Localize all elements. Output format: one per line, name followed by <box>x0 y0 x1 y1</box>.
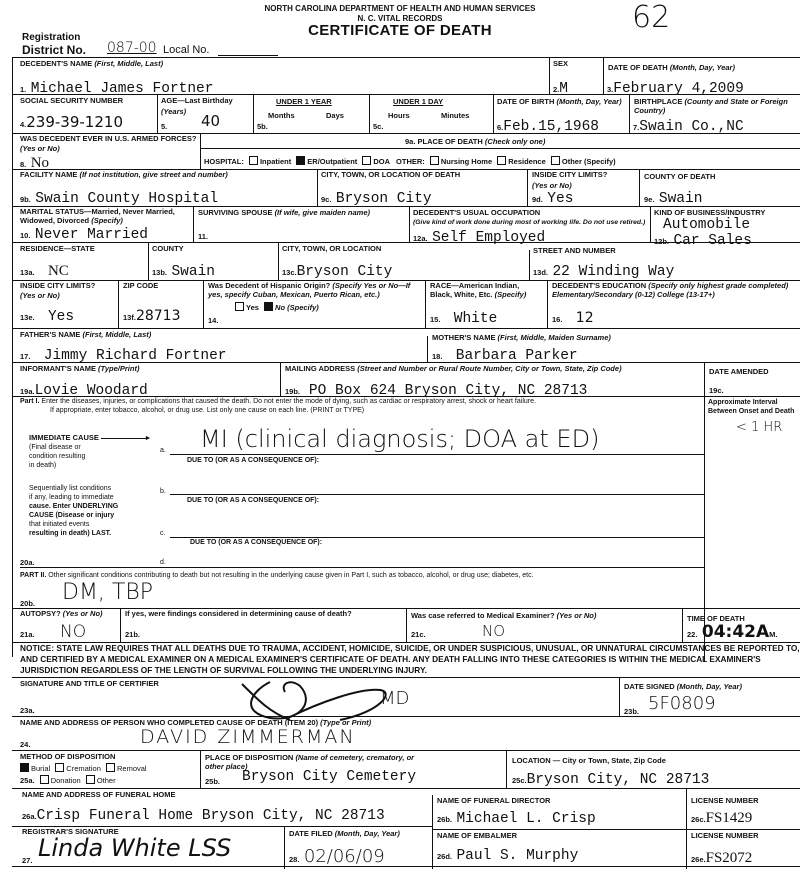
birthplace-label: BIRTHPLACE (County and State or Foreign … <box>634 97 794 115</box>
embalmer-license-field[interactable]: 26e.FS2072 <box>691 849 752 867</box>
registrar-signature[interactable]: Linda White LSS <box>38 834 231 862</box>
residence-state-label: RESIDENCE—STATE <box>20 244 95 253</box>
inside-limits-label: INSIDE CITY LIMITS? <box>20 281 95 290</box>
certifier-signature-label: SIGNATURE AND TITLE OF CERTIFIER <box>20 679 159 688</box>
dob-label: DATE OF BIRTH (Month, Day, Year) <box>497 97 622 106</box>
zip-field[interactable]: 13f.28713 <box>123 307 180 325</box>
part2-instructions: PART II. Other significant conditions co… <box>20 571 534 580</box>
marital-status-field[interactable]: 10. Never Married <box>20 225 148 243</box>
mailing-address-label: MAILING ADDRESS (Street and Number or Ru… <box>285 364 622 373</box>
disposition-method-label: METHOD OF DISPOSITION <box>20 752 115 761</box>
date-signed-label: DATE SIGNED (Month, Day, Year) <box>624 682 742 691</box>
funeral-director-field[interactable]: 26b. Michael L. Crisp <box>437 809 596 827</box>
informant-label: INFORMANT'S NAME (Type/Print) <box>20 364 139 373</box>
local-label: Local No. <box>163 44 209 56</box>
cause-line-d[interactable] <box>20 567 704 568</box>
district-label: District No. <box>22 43 86 57</box>
sex-label: SEX <box>553 59 568 68</box>
checkbox-other-disposition[interactable]: Other <box>83 776 116 785</box>
date-amended-label: DATE AMENDED <box>709 367 769 376</box>
checkbox-nursing-home[interactable]: Nursing Home <box>427 157 492 166</box>
street-label: STREET AND NUMBER <box>533 246 616 255</box>
part2-conditions-field[interactable]: DM, TBP <box>62 580 153 605</box>
spouse-field[interactable]: 11. <box>198 232 208 241</box>
marital-label: MARITAL STATUS—Married, Never Married, W… <box>20 207 190 225</box>
under-1-day-field[interactable]: 5c. <box>373 122 383 131</box>
death-city-field[interactable]: 9c. Bryson City <box>321 189 432 207</box>
completer-name-field[interactable]: DAVID ZIMMERMAN <box>140 726 356 748</box>
funeral-director-label: NAME OF FUNERAL DIRECTOR <box>437 796 550 805</box>
facility-field[interactable]: 9b. Swain County Hospital <box>20 189 218 207</box>
findings-field[interactable]: 21b. <box>125 630 140 639</box>
race-field[interactable]: 15. White <box>430 309 497 327</box>
residence-city-label: CITY, TOWN, OR LOCATION <box>282 244 381 253</box>
hispanic-label: Was Decedent of Hispanic Origin? (Specif… <box>208 281 413 299</box>
disposition-place-field[interactable]: Bryson City Cemetery <box>242 770 416 785</box>
checkbox-er-outpatient[interactable]: ER/Outpatient <box>293 157 357 166</box>
license-label-2: LICENSE NUMBER <box>691 831 759 840</box>
checkbox-burial[interactable]: Burial <box>17 764 50 773</box>
agency-name: NORTH CAROLINA DEPARTMENT OF HEALTH AND … <box>0 4 800 13</box>
residence-county-label: COUNTY <box>152 244 184 253</box>
date-signed-field[interactable]: 5F0809 <box>648 693 716 714</box>
under-1-year-label: UNDER 1 YEAR <box>276 97 332 106</box>
disposition-options-row1: Burial Cremation Removal <box>17 763 147 773</box>
embalmer-label: NAME OF EMBALMER <box>437 831 517 840</box>
checkbox-residence[interactable]: Residence <box>494 157 546 166</box>
father-label: FATHER'S NAME (First, Middle, Last) <box>20 330 151 339</box>
interval-field[interactable]: < 1 HR <box>736 420 782 435</box>
under-1-year-field[interactable]: 5b. <box>257 122 268 131</box>
cause-line-b[interactable] <box>170 494 704 495</box>
checkbox-hispanic-yes[interactable]: Yes <box>232 303 259 312</box>
page-mark: 62 <box>632 0 670 35</box>
autopsy-label: AUTOPSY? (Yes or No) <box>20 609 103 618</box>
name-label: DECEDENT'S NAME (First, Middle, Last) <box>20 59 163 68</box>
age-label: AGE—Last Birthday <box>161 96 233 105</box>
county-of-death-field[interactable]: 9e. Swain <box>644 189 702 207</box>
checkbox-donation[interactable]: Donation <box>37 776 81 785</box>
disposition-location-label: LOCATION — City or Town, State, Zip Code <box>512 756 666 765</box>
place-of-death-label: 9a. PLACE OF DEATH (Check only one) <box>405 137 545 146</box>
inside-city-label: INSIDE CITY LIMITS? <box>532 170 607 179</box>
disposition-options-row2: 25a. Donation Other <box>20 775 116 785</box>
autopsy-field[interactable]: NO <box>60 622 86 642</box>
funeral-home-label: NAME AND ADDRESS OF FUNERAL HOME <box>22 790 175 799</box>
embalmer-field[interactable]: 26d. Paul S. Murphy <box>437 846 578 864</box>
date-filed-label: DATE FILED (Month, Day, Year) <box>289 829 400 838</box>
checkbox-cremation[interactable]: Cremation <box>52 764 101 773</box>
street-field[interactable]: 13d. 22 Winding Way <box>533 262 674 280</box>
zip-label: ZIP CODE <box>123 281 158 290</box>
occupation-field[interactable]: 12a. Self Employed <box>413 228 545 246</box>
checkbox-removal[interactable]: Removal <box>103 764 147 773</box>
ssn-field[interactable]: 4.239-39-1210 <box>20 114 123 132</box>
district-number[interactable]: 087-00 <box>107 40 157 56</box>
under-1-day-label: UNDER 1 DAY <box>393 97 443 106</box>
inside-city-field[interactable]: 9d. Yes <box>532 189 573 207</box>
education-field[interactable]: 16. 12 <box>552 309 594 327</box>
armed-forces-label: WAS DECEDENT EVER IN U.S. ARMED FORCES? <box>20 134 196 143</box>
education-label: DECEDENT'S EDUCATION (Specify only highe… <box>552 281 800 299</box>
director-license-field[interactable]: 26c.FS1429 <box>691 809 752 827</box>
registration-label: Registration <box>22 33 80 43</box>
license-label-1: LICENSE NUMBER <box>691 796 759 805</box>
funeral-home-field[interactable]: 26a.Crisp Funeral Home Bryson City, NC 2… <box>22 806 385 824</box>
medical-examiner-label: Was case referred to Medical Examiner? (… <box>411 611 596 620</box>
occupation-label: DECEDENT'S USUAL OCCUPATION <box>413 208 540 217</box>
findings-label: If yes, were findings considered in dete… <box>125 609 352 618</box>
disposition-location-field[interactable]: 25c.Bryson City, NC 28713 <box>512 770 709 788</box>
checkbox-inpatient[interactable]: Inpatient <box>246 157 291 166</box>
date-filed-field[interactable]: 28. 02/06/09 <box>289 846 385 867</box>
spouse-label: SURVIVING SPOUSE (If wife, give maiden n… <box>198 208 370 217</box>
place-of-death-options: HOSPITAL: Inpatient ER/Outpatient DOA OT… <box>204 156 616 166</box>
page-title: CERTIFICATE OF DEATH <box>0 22 800 39</box>
part1-instructions: Part I. Enter the diseases, injuries, or… <box>20 397 700 406</box>
hispanic-options: Yes No (Specify) <box>232 302 319 312</box>
checkbox-other[interactable]: Other (Specify) <box>548 157 616 166</box>
inside-limits-field[interactable]: 13e. Yes <box>20 307 74 325</box>
immediate-cause-label: IMMEDIATE CAUSE ▸ <box>29 433 150 442</box>
checkbox-hispanic-no[interactable]: No (Specify) <box>261 303 319 312</box>
county-of-death-label: COUNTY OF DEATH <box>644 172 715 181</box>
residence-state-field[interactable]: 13a. NC <box>20 262 69 280</box>
ssn-label: SOCIAL SECURITY NUMBER <box>20 96 123 105</box>
local-number-field[interactable] <box>218 55 278 56</box>
dod-label: DATE OF DEATH (Month, Day, Year) <box>608 63 735 72</box>
cause-line-a[interactable]: MI (clinical diagnosis; DOA at ED) <box>200 425 599 453</box>
residence-city-field[interactable]: 13c.Bryson City <box>282 262 392 280</box>
business-field[interactable]: 12b. Car Sales <box>654 231 752 249</box>
facility-label: FACILITY NAME (If not institution, give … <box>20 170 228 179</box>
date-amended-field[interactable]: 19c. <box>709 386 724 395</box>
interval-label: Approximate Interval Between Onset and D… <box>708 398 798 416</box>
race-label: RACE—American Indian, Black, White, Etc.… <box>430 281 540 299</box>
age-field[interactable]: 40 <box>201 112 220 130</box>
residence-county-field[interactable]: 13b. Swain <box>152 262 215 280</box>
business-label: KIND OF BUSINESS/INDUSTRY <box>654 208 765 217</box>
medical-examiner-field[interactable]: NO <box>482 622 505 640</box>
mother-label: MOTHER'S NAME (First, Middle, Maiden Sur… <box>432 333 611 342</box>
death-city-label: CITY, TOWN, OR LOCATION OF DEATH <box>321 170 460 179</box>
time-of-death-field[interactable]: 22. 04:42AM. <box>687 622 778 642</box>
checkbox-doa[interactable]: DOA <box>359 157 389 166</box>
certifier-title: MD <box>380 688 409 709</box>
